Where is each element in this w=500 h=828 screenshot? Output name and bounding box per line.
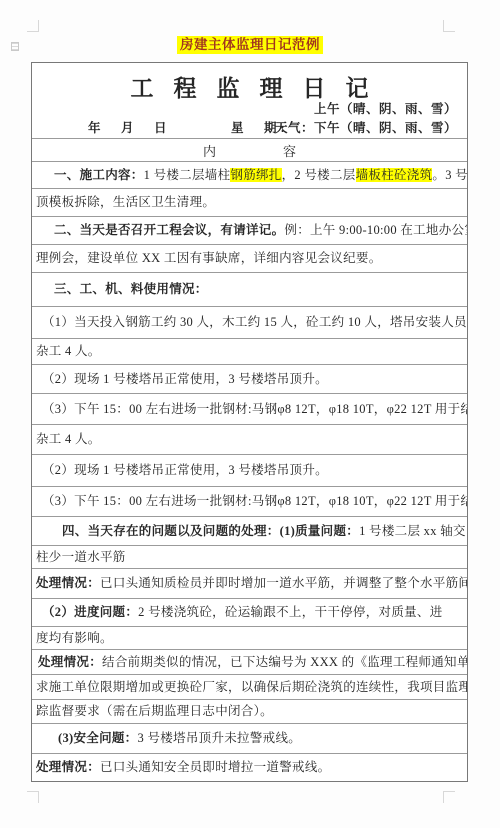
row-text-segment: 2 号楼浇筑砼，砼运输跟不上，干干停停，对质量、进: [138, 605, 442, 619]
table-row: 度均有影响。: [32, 626, 467, 649]
table-row: (3)安全问题：3 号楼塔吊顶升未拉警戒线。: [32, 723, 467, 753]
row-text-segment: 例：上午 9:00-10:00 在工地办公室召开监: [284, 223, 467, 237]
row-text-segment: 柱少一道水平筋: [36, 550, 126, 564]
row-text-segment: 处理情况：: [36, 760, 100, 774]
table-row: 踪监督要求（需在后期监理日志中闭合）。: [32, 699, 467, 723]
table-row: 杂工 4 人。: [32, 338, 467, 364]
row-text-segment: 3 号楼塔吊顶升未拉警戒线。: [137, 731, 301, 745]
row-text-segment: 。3 号楼一层: [432, 168, 467, 182]
row-text-segment: 三、工、机、料使用情况：: [54, 282, 208, 296]
table-row: （3）下午 15：00 左右进场一批钢材:马钢φ8 12T，φ18 10T，φ2…: [32, 393, 467, 424]
table-row: （1）当天投入钢筋工约 30 人，木工约 15 人，砼工约 10 人，塔吊安装人…: [32, 306, 467, 338]
row-text-segment: （1）当天投入钢筋工约 30 人，木工约 15 人，砼工约 10 人，塔吊安装人…: [42, 315, 467, 329]
row-text-segment: (3)安全问题：: [58, 731, 137, 745]
row-text-segment: 处理情况：: [36, 576, 100, 590]
row-text-segment: 已口头通知安全员即时增拉一道警戒线。: [100, 760, 330, 774]
row-text-segment: 理例会，建设单位 XX 工因有事缺席，详细内容见会议纪要。: [36, 251, 382, 265]
crop-mark-top-left: [27, 20, 39, 32]
row-text-segment: （2）现场 1 号楼塔吊正常使用，3 号楼塔吊顶升。: [42, 463, 328, 477]
table-row: 顶模板拆除，生活区卫生清理。: [32, 188, 467, 216]
row-text-segment: （2）现场 1 号楼塔吊正常使用，3 号楼塔吊顶升。: [42, 372, 328, 386]
table-row: 处理情况：结合前期类似的情况，已下达编号为 XXX 的《监理工程师通知单》，要: [32, 649, 467, 674]
content-header-row: 内 容: [32, 138, 467, 161]
table-row: 二、当天是否召开工程会议，有请详记。例：上午 9:00-10:00 在工地办公室…: [32, 216, 467, 244]
row-text-segment: 钢筋绑扎: [230, 168, 281, 182]
table-header: 工程监理日记 上午（晴、阴、雨、雪） 年 月 日 星 期: 天气：下午（晴、阴、…: [32, 63, 467, 138]
row-text-segment: 一、施工内容：: [54, 168, 144, 182]
crop-mark-bottom-left: [27, 791, 39, 803]
weather-am-label: 上午（晴、阴、雨、雪）: [314, 99, 457, 117]
row-text-segment: ，2 号楼二层: [282, 168, 356, 182]
diary-title: 工程监理日记: [32, 63, 467, 103]
row-text-segment: 度均有影响。: [36, 631, 113, 645]
content-header-right: 容: [283, 141, 296, 160]
row-text-segment: 杂工 4 人。: [36, 432, 101, 446]
row-text-segment: 1 号楼二层墙柱: [144, 168, 231, 182]
row-text-segment: （3）下午 15：00 左右进场一批钢材:马钢φ8 12T，φ18 10T，φ2…: [42, 402, 467, 416]
row-text-segment: 处理情况：: [38, 655, 102, 669]
date-row: 年 月 日 星 期: 天气：下午（晴、阴、雨、雪）: [32, 118, 467, 135]
table-row: （3）下午 15：00 左右进场一批钢材:马钢φ8 12T，φ18 10T，φ2…: [32, 486, 467, 516]
row-text-segment: 四、当天存在的问题以及问题的处理：(1)质量问题：: [62, 524, 359, 538]
row-text-segment: 杂工 4 人。: [36, 344, 101, 358]
table-row: 四、当天存在的问题以及问题的处理：(1)质量问题：1 号楼二层 xx 轴交 xx…: [32, 516, 467, 545]
date-label: 年 月 日: [88, 118, 171, 136]
table-row: （2）进度问题：2 号楼浇筑砼，砼运输跟不上，干干停停，对质量、进: [32, 598, 467, 626]
row-text-segment: 墙板柱砼浇筑: [356, 168, 433, 182]
row-text-segment: 求施工单位限期增加或更换砼厂家，以确保后期砼浇筑的连续性，我项目监理部将跟: [36, 680, 467, 694]
document-page: 房建主体监理日记范例 工程监理日记 上午（晴、阴、雨、雪） 年 月 日 星 期:…: [0, 0, 500, 828]
row-text-segment: （2）进度问题：: [42, 605, 138, 619]
row-text-segment: 顶模板拆除，生活区卫生清理。: [36, 195, 215, 209]
row-text-segment: （3）下午 15：00 左右进场一批钢材:马钢φ8 12T，φ18 10T，φ2…: [42, 494, 467, 508]
weather-pm-label: 天气：下午（晴、阴、雨、雪）: [275, 118, 457, 136]
table-row: 理例会，建设单位 XX 工因有事缺席，详细内容见会议纪要。: [32, 244, 467, 272]
crop-mark-bottom-right: [443, 791, 455, 803]
table-row: （2）现场 1 号楼塔吊正常使用，3 号楼塔吊顶升。: [32, 454, 467, 486]
table-row: 处理情况：已口头通知质检员并即时增加一道水平筋，并调整了整个水平筋间距。: [32, 568, 467, 598]
crop-mark-top-right: [443, 20, 455, 32]
table-row: 杂工 4 人。: [32, 424, 467, 454]
diary-table: 工程监理日记 上午（晴、阴、雨、雪） 年 月 日 星 期: 天气：下午（晴、阴、…: [31, 62, 468, 782]
table-row: 柱少一道水平筋: [32, 545, 467, 568]
table-row: 处理情况：已口头通知安全员即时增拉一道警戒线。: [32, 753, 467, 781]
doc-label-text: 房建主体监理日记范例: [177, 36, 323, 54]
table-row: 求施工单位限期增加或更换砼厂家，以确保后期砼浇筑的连续性，我项目监理部将跟: [32, 674, 467, 699]
row-text-segment: 1 号楼二层 xx 轴交 xx 轴墙: [359, 524, 467, 538]
diary-rows: 一、施工内容：1 号楼二层墙柱钢筋绑扎，2 号楼二层墙板柱砼浇筑。3 号楼一层顶…: [32, 161, 467, 781]
row-text-segment: 结合前期类似的情况，已下达编号为 XXX 的《监理工程师通知单》，要: [102, 655, 467, 669]
row-text-segment: 已口头通知质检员并即时增加一道水平筋，并调整了整个水平筋间距。: [100, 576, 467, 590]
table-row: （2）现场 1 号楼塔吊正常使用，3 号楼塔吊顶升。: [32, 364, 467, 393]
row-text-segment: 踪监督要求（需在后期监理日志中闭合）。: [36, 704, 273, 718]
row-text-segment: 二、当天是否召开工程会议，有请详记。: [54, 223, 284, 237]
table-row: 三、工、机、料使用情况：: [32, 272, 467, 306]
doc-label: 房建主体监理日记范例: [0, 33, 500, 53]
table-row: 一、施工内容：1 号楼二层墙柱钢筋绑扎，2 号楼二层墙板柱砼浇筑。3 号楼一层: [32, 161, 467, 188]
content-header-left: 内: [203, 141, 216, 160]
